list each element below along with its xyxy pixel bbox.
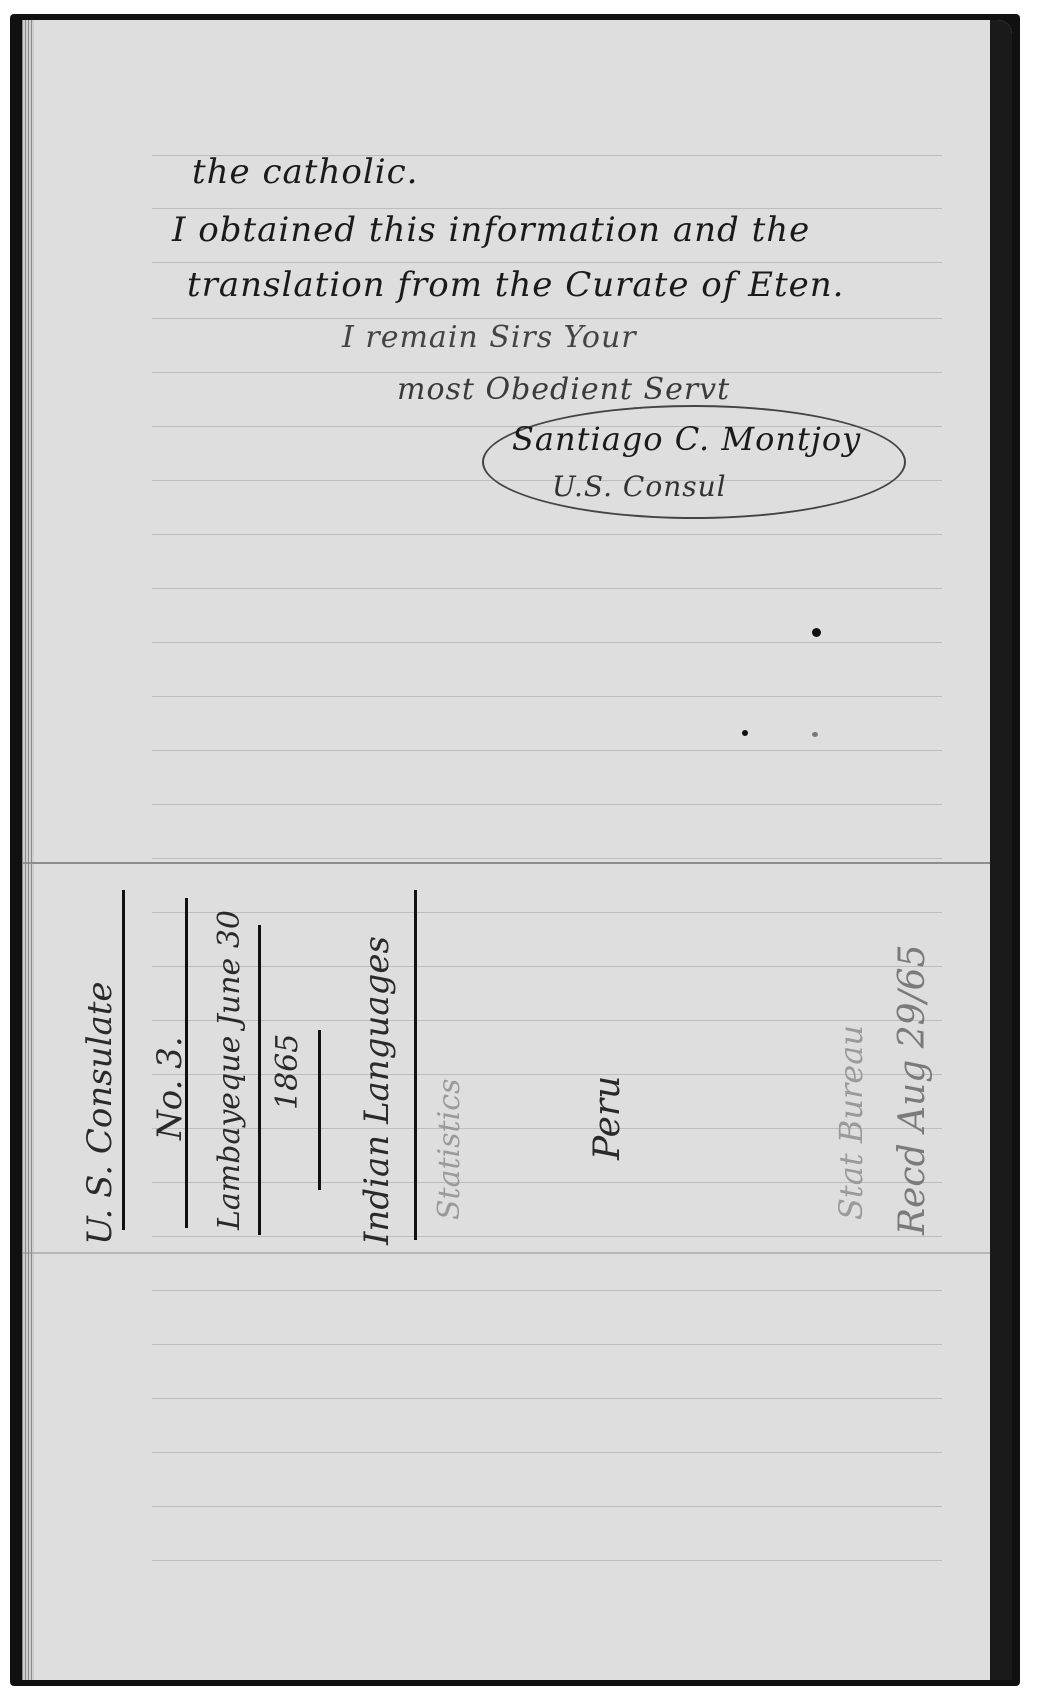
docket-rule [414, 890, 417, 1240]
fold-line [22, 862, 1012, 864]
page-right-edge [990, 20, 1012, 1680]
ruled-line [152, 1290, 942, 1291]
docket-place-date: Lambayeque June 30 [212, 910, 247, 1230]
ruled-line [152, 1182, 942, 1183]
ruled-line [152, 750, 942, 751]
ruled-line [152, 318, 942, 319]
letter-line: the catholic. [192, 152, 418, 192]
page-edges [22, 20, 34, 1680]
ruled-line [152, 1344, 942, 1345]
ruled-line [152, 696, 942, 697]
ink-spot [812, 732, 818, 737]
closing-line: I remain Sirs Your [342, 320, 637, 355]
ruled-line [152, 1452, 942, 1453]
received-date: Recd Aug 29/65 [892, 945, 933, 1235]
ruled-line [152, 642, 942, 643]
ruled-line [152, 912, 942, 913]
ruled-line [152, 1020, 942, 1021]
fold-line [22, 1252, 1012, 1254]
docket-country: Peru [587, 1076, 628, 1160]
docket-rule [122, 890, 125, 1230]
signature-title: U.S. Consul [552, 470, 727, 503]
ruled-line [152, 1128, 942, 1129]
document-page: the catholic. I obtained this informatio… [22, 20, 1012, 1680]
ruled-line [152, 262, 942, 263]
docket-rule [258, 925, 261, 1235]
ruled-line [152, 858, 942, 859]
ruled-line [152, 1506, 942, 1507]
ruled-line [152, 966, 942, 967]
ruled-line [152, 804, 942, 805]
ruled-line [152, 208, 942, 209]
letter-line: I obtained this information and the [172, 210, 810, 250]
ruled-line [152, 1560, 942, 1561]
ruled-line [152, 1398, 942, 1399]
received-bureau: Stat Bureau [832, 1025, 870, 1220]
ruled-line [152, 588, 942, 589]
docket-number: No. 3. [150, 1036, 190, 1140]
letter-line: translation from the Curate of Eten. [187, 265, 844, 305]
docket-year: 1865 [270, 1034, 305, 1110]
ink-spot [812, 628, 821, 637]
docket-subject: Indian Languages [357, 936, 397, 1245]
docket-rule [318, 1030, 321, 1190]
ruled-line [152, 534, 942, 535]
ruled-line [152, 1236, 942, 1237]
docket-statistics: Statistics [432, 1079, 467, 1220]
closing-line: most Obedient Servt [397, 372, 730, 407]
ink-spot [742, 730, 748, 736]
signature-name: Santiago C. Montjoy [512, 420, 861, 458]
docket-consulate: U. S. Consulate [80, 982, 120, 1246]
